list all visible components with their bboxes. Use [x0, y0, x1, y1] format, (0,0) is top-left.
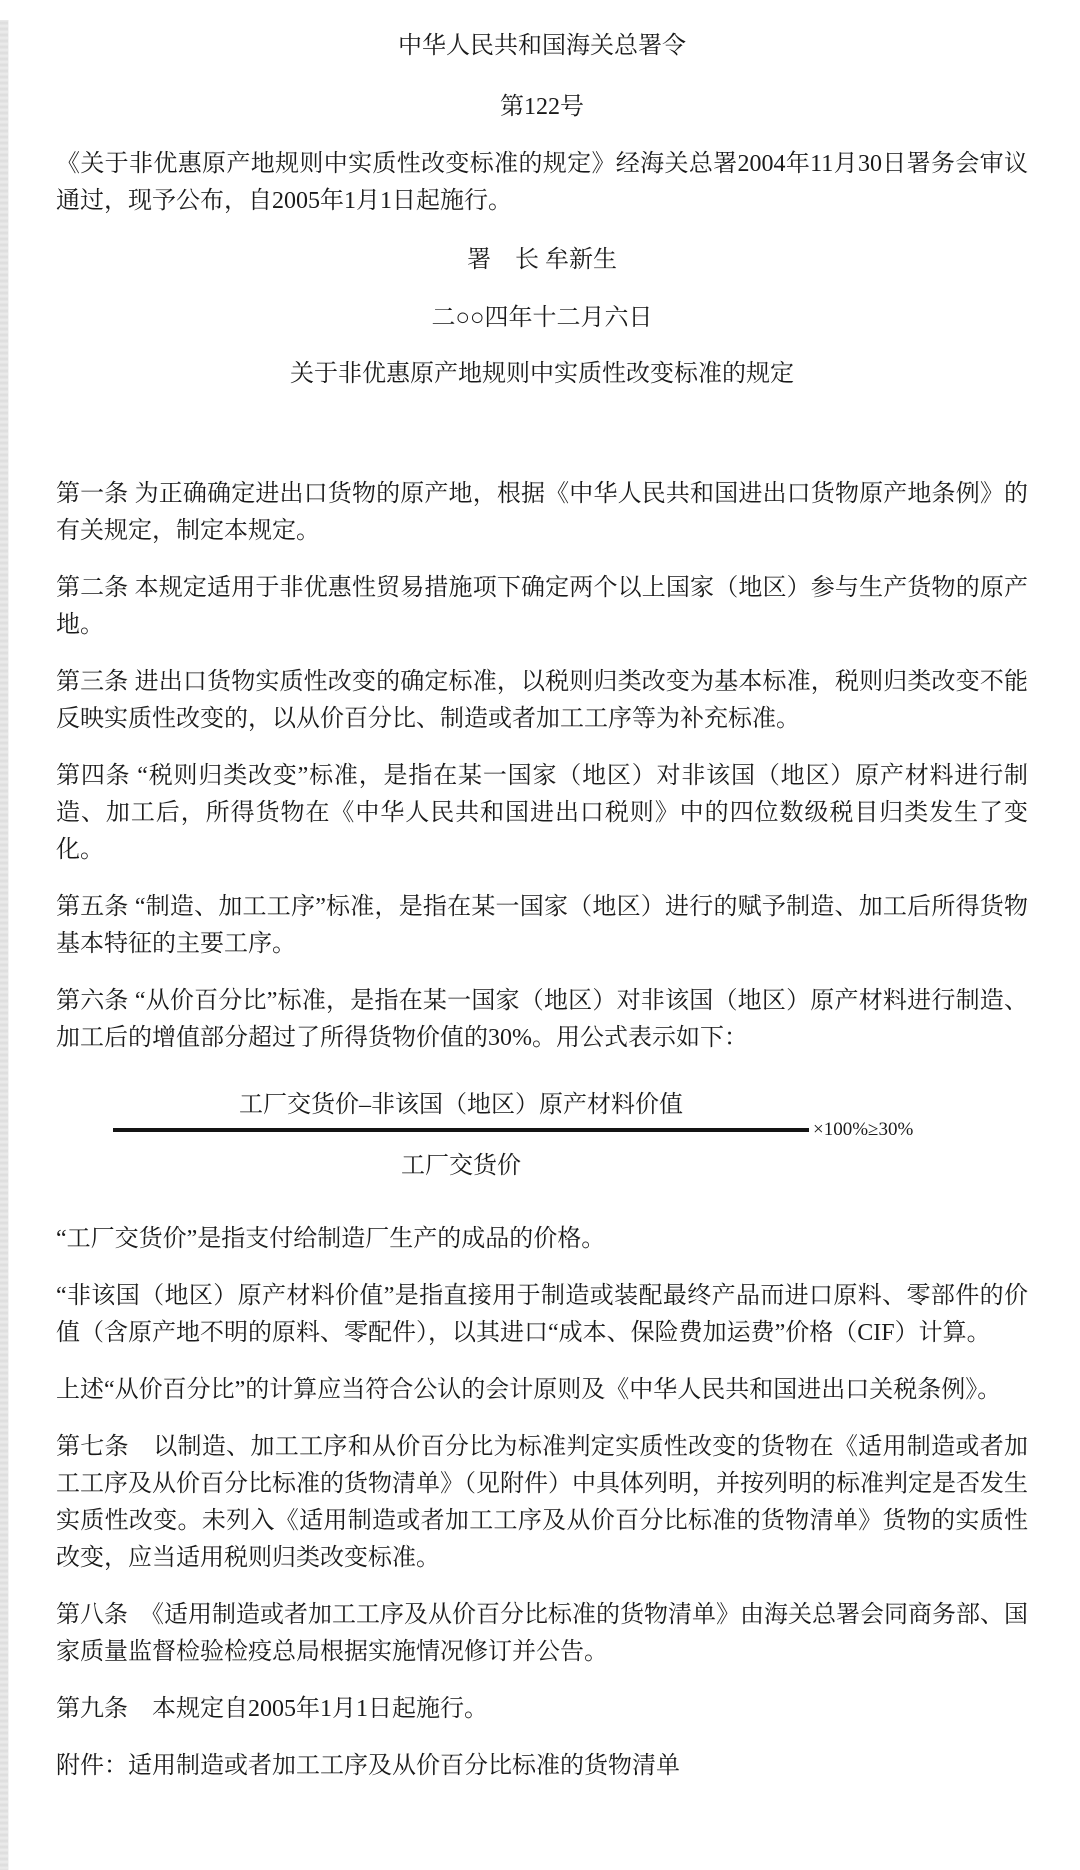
formula-numerator: 工厂交货价–非该国（地区）原产材料价值 — [113, 1087, 809, 1124]
document-subtitle: 关于非优惠原产地规则中实质性改变标准的规定 — [56, 356, 1028, 393]
document-page: 中华人民共和国海关总署令 第122号 《关于非优惠原产地规则中实质性改变标准的规… — [0, 0, 1080, 1795]
article-4-paragraph: 第四条 “税则归类改变”标准，是指在某一国家（地区）对非该国（地区）原产材料进行… — [56, 758, 1028, 869]
non-originating-materials-definition: “非该国（地区）原产材料价值”是指直接用于制造或装配最终产品而进口原料、零部件的… — [56, 1278, 1028, 1352]
attachment-note: 附件：适用制造或者加工工序及从价百分比标准的货物清单 — [56, 1748, 1028, 1785]
date-line: 二○○四年十二月六日 — [56, 300, 1028, 337]
page-title: 中华人民共和国海关总署令 — [56, 28, 1028, 65]
ex-factory-price-definition: “工厂交货价”是指支付给制造厂生产的成品的价格。 — [56, 1221, 1028, 1258]
signature-line: 署 长 牟新生 — [56, 242, 1028, 279]
article-2-paragraph: 第二条 本规定适用于非优惠性贸易措施项下确定两个以上国家（地区）参与生产货物的原… — [56, 570, 1028, 644]
formula-condition: ×100%≥30% — [813, 1119, 913, 1140]
ad-valorem-formula: 工厂交货价–非该国（地区）原产材料价值 工厂交货价 ×100%≥30% — [56, 1087, 1028, 1185]
article-9-paragraph: 第九条 本规定自2005年1月1日起施行。 — [56, 1691, 1028, 1728]
order-number: 第122号 — [56, 89, 1028, 126]
article-7-paragraph: 第七条 以制造、加工工序和从价百分比为标准判定实质性改变的货物在《适用制造或者加… — [56, 1429, 1028, 1577]
article-8-paragraph: 第八条 《适用制造或者加工工序及从价百分比标准的货物清单》由海关总署会同商务部、… — [56, 1597, 1028, 1671]
accounting-principles-paragraph: 上述“从价百分比”的计算应当符合公认的会计原则及《中华人民共和国进出口关税条例》… — [56, 1372, 1028, 1409]
fraction-line — [113, 1128, 809, 1132]
article-1-paragraph: 第一条 为正确确定进出口货物的原产地，根据《中华人民共和国进出口货物原产地条例》… — [56, 476, 1028, 550]
formula-denominator: 工厂交货价 — [113, 1148, 809, 1185]
article-6-paragraph: 第六条 “从价百分比”标准，是指在某一国家（地区）对非该国（地区）原产材料进行制… — [56, 983, 1028, 1057]
formula-fraction: 工厂交货价–非该国（地区）原产材料价值 工厂交货价 ×100%≥30% — [113, 1087, 809, 1185]
promulgation-paragraph: 《关于非优惠原产地规则中实质性改变标准的规定》经海关总署2004年11月30日署… — [56, 146, 1028, 220]
article-5-paragraph: 第五条 “制造、加工工序”标准，是指在某一国家（地区）进行的赋予制造、加工后所得… — [56, 889, 1028, 963]
article-3-paragraph: 第三条 进出口货物实质性改变的确定标准，以税则归类改变为基本标准，税则归类改变不… — [56, 664, 1028, 738]
